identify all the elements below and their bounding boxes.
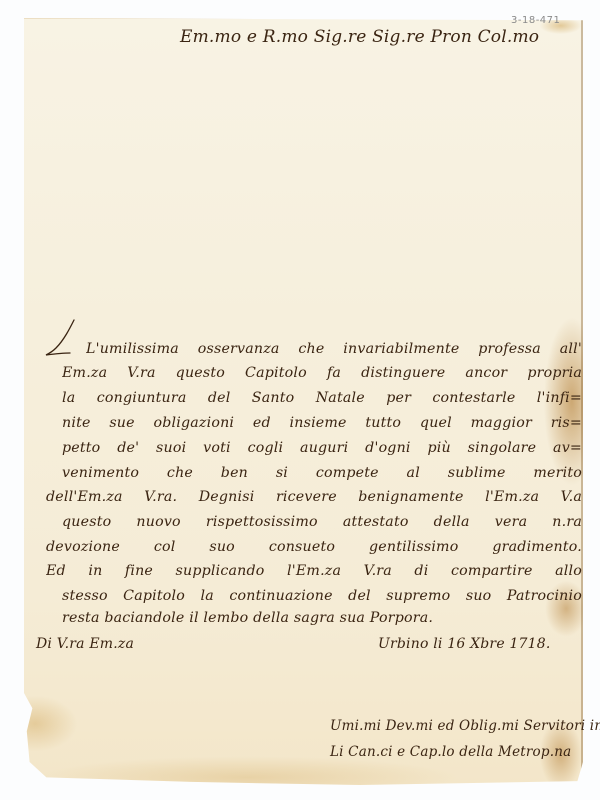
body-line: dell'Em.za V.ra. Degnisi ricevere benign… (46, 489, 582, 505)
body-line: venimento che ben si compete al sublime … (62, 465, 582, 481)
body-line: Ed in fine supplicando l'Em.za V.ra di c… (46, 563, 582, 579)
archive-number: 3-18-471 (511, 15, 560, 26)
signature-line: Umi.mi Dev.mi ed Oblig.mi Servitori ind.… (330, 718, 600, 734)
body-line: stesso Capitolo la continuazione del sup… (62, 588, 582, 604)
body-line: Em.za V.ra questo Capitolo fa distinguer… (62, 365, 582, 381)
body-line: questo nuovo rispettosissimo attestato d… (62, 514, 582, 530)
body-line: resta baciandole il lembo della sagra su… (62, 610, 532, 626)
closing-address: Di V.ra Em.za (36, 636, 134, 652)
document-scan: 3-18-471 Em.mo e R.mo Sig.re Sig.re Pron… (0, 0, 600, 800)
salutation: Em.mo e R.mo Sig.re Sig.re Pron Col.mo (180, 27, 460, 47)
body-line: nite sue obligazioni ed insieme tutto qu… (62, 415, 582, 431)
initial-flourish-icon (44, 318, 84, 358)
body-line: L'umilissima osservanza che invariabilme… (86, 341, 582, 357)
place-and-date: Urbino li 16 Xbre 1718. (378, 636, 551, 652)
body-line: devozione col suo consueto gentilissimo … (46, 539, 582, 555)
signature-line: Li Can.ci e Cap.lo della Metrop.na (330, 744, 571, 760)
body-line: la congiuntura del Santo Natale per cont… (62, 390, 582, 406)
body-line: petto de' suoi voti cogli auguri d'ogni … (62, 440, 582, 456)
